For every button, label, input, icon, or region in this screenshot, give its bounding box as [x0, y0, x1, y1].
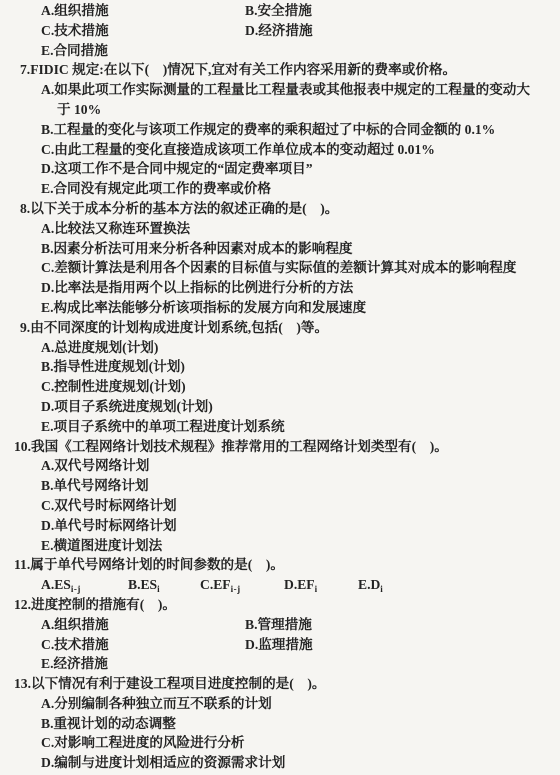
option-line: B.重视计划的动态调整 [0, 714, 560, 734]
question-line: 8.以下关于成本分析的基本方法的叙述正确的是( )。 [0, 199, 560, 219]
option-b: D.监理措施 [245, 635, 313, 655]
option-line: D.项目子系统进度规划(计划) [0, 397, 560, 417]
option-line: C.对影响工程进度的风险进行分析 [0, 733, 560, 753]
question-list: A.组织措施B.安全措施C.技术措施D.经济措施E.合同措施7.FIDIC 规定… [0, 1, 560, 773]
question-line: 7.FIDIC 规定:在以下( )情况下,宜对有关工作内容采用新的费率或价格。 [0, 60, 560, 80]
option-line: B.指导性进度规划(计划) [0, 357, 560, 377]
option-line: D.这项工作不是合同中规定的“固定费率项目” [0, 159, 560, 179]
question-line: 10.我国《工程网络计划技术规程》推荐常用的工程网络计划类型有( )。 [0, 437, 560, 457]
option-a: A.组织措施 [0, 3, 109, 18]
formula-option: A.ESi-j [41, 575, 81, 595]
option-line: D.编制与进度计划相适应的资源需求计划 [0, 753, 560, 773]
option-line: E.合同措施 [0, 41, 560, 61]
option-line: C.双代号时标网络计划 [0, 496, 560, 516]
option-line: E.横道图进度计划法 [0, 536, 560, 556]
formula-option: E.Di [358, 575, 383, 595]
option-line: E.经济措施 [0, 654, 560, 674]
option-line: A.双代号网络计划 [0, 456, 560, 476]
continuation-line: 于 10% [0, 100, 560, 120]
formula-options-line: A.ESi-jB.ESiC.EFi-jD.EFiE.Di [0, 575, 560, 595]
option-line: A.比较法又称连环置换法 [0, 219, 560, 239]
question-line: 9.由不同深度的计划构成进度计划系统,包括( )等。 [0, 318, 560, 338]
option-b: B.安全措施 [245, 1, 312, 21]
option-line: E.构成比率法能够分析该项指标的发展方向和发展速度 [0, 298, 560, 318]
option-line: E.项目子系统中的单项工程进度计划系统 [0, 417, 560, 437]
option-line: B.因素分析法可用来分析各种因素对成本的影响程度 [0, 239, 560, 259]
option-line: C.差额计算法是利用各个因素的目标值与实际值的差额计算其对成本的影响程度 [0, 258, 560, 278]
option-line: A.分别编制各种独立而互不联系的计划 [0, 694, 560, 714]
option-line: C.由此工程量的变化直接造成该项工作单位成本的变动超过 0.01% [0, 140, 560, 160]
question-line: 11.属于单代号网络计划的时间参数的是( )。 [0, 555, 560, 575]
option-pair-line: A.组织措施B.管理措施 [0, 615, 560, 635]
option-line: A.如果此项工作实际测量的工程量比工程量表或其他报表中规定的工程量的变动大 [0, 80, 560, 100]
formula-option: B.ESi [128, 575, 160, 595]
option-b: D.经济措施 [245, 21, 313, 41]
option-a: C.技术措施 [0, 637, 109, 652]
question-line: 12.进度控制的措施有( )。 [0, 595, 560, 615]
option-pair-line: A.组织措施B.安全措施 [0, 1, 560, 21]
option-pair-line: C.技术措施D.监理措施 [0, 635, 560, 655]
option-line: D.单代号时标网络计划 [0, 516, 560, 536]
formula-option: C.EFi-j [200, 575, 241, 595]
option-line: C.控制性进度规划(计划) [0, 377, 560, 397]
option-line: E.合同没有规定此项工作的费率或价格 [0, 179, 560, 199]
exam-sheet: A.组织措施B.安全措施C.技术措施D.经济措施E.合同措施7.FIDIC 规定… [0, 0, 560, 775]
option-pair-line: C.技术措施D.经济措施 [0, 21, 560, 41]
option-a: A.组织措施 [0, 617, 109, 632]
option-line: B.单代号网络计划 [0, 476, 560, 496]
formula-option: D.EFi [284, 575, 318, 595]
question-line: 13.以下情况有利于建设工程项目进度控制的是( )。 [0, 674, 560, 694]
option-a: C.技术措施 [0, 23, 109, 38]
option-line: A.总进度规划(计划) [0, 338, 560, 358]
option-line: B.工程量的变化与该项工作规定的费率的乘积超过了中标的合同金额的 0.1% [0, 120, 560, 140]
option-b: B.管理措施 [245, 615, 312, 635]
option-line: D.比率法是指用两个以上指标的比例进行分析的方法 [0, 278, 560, 298]
